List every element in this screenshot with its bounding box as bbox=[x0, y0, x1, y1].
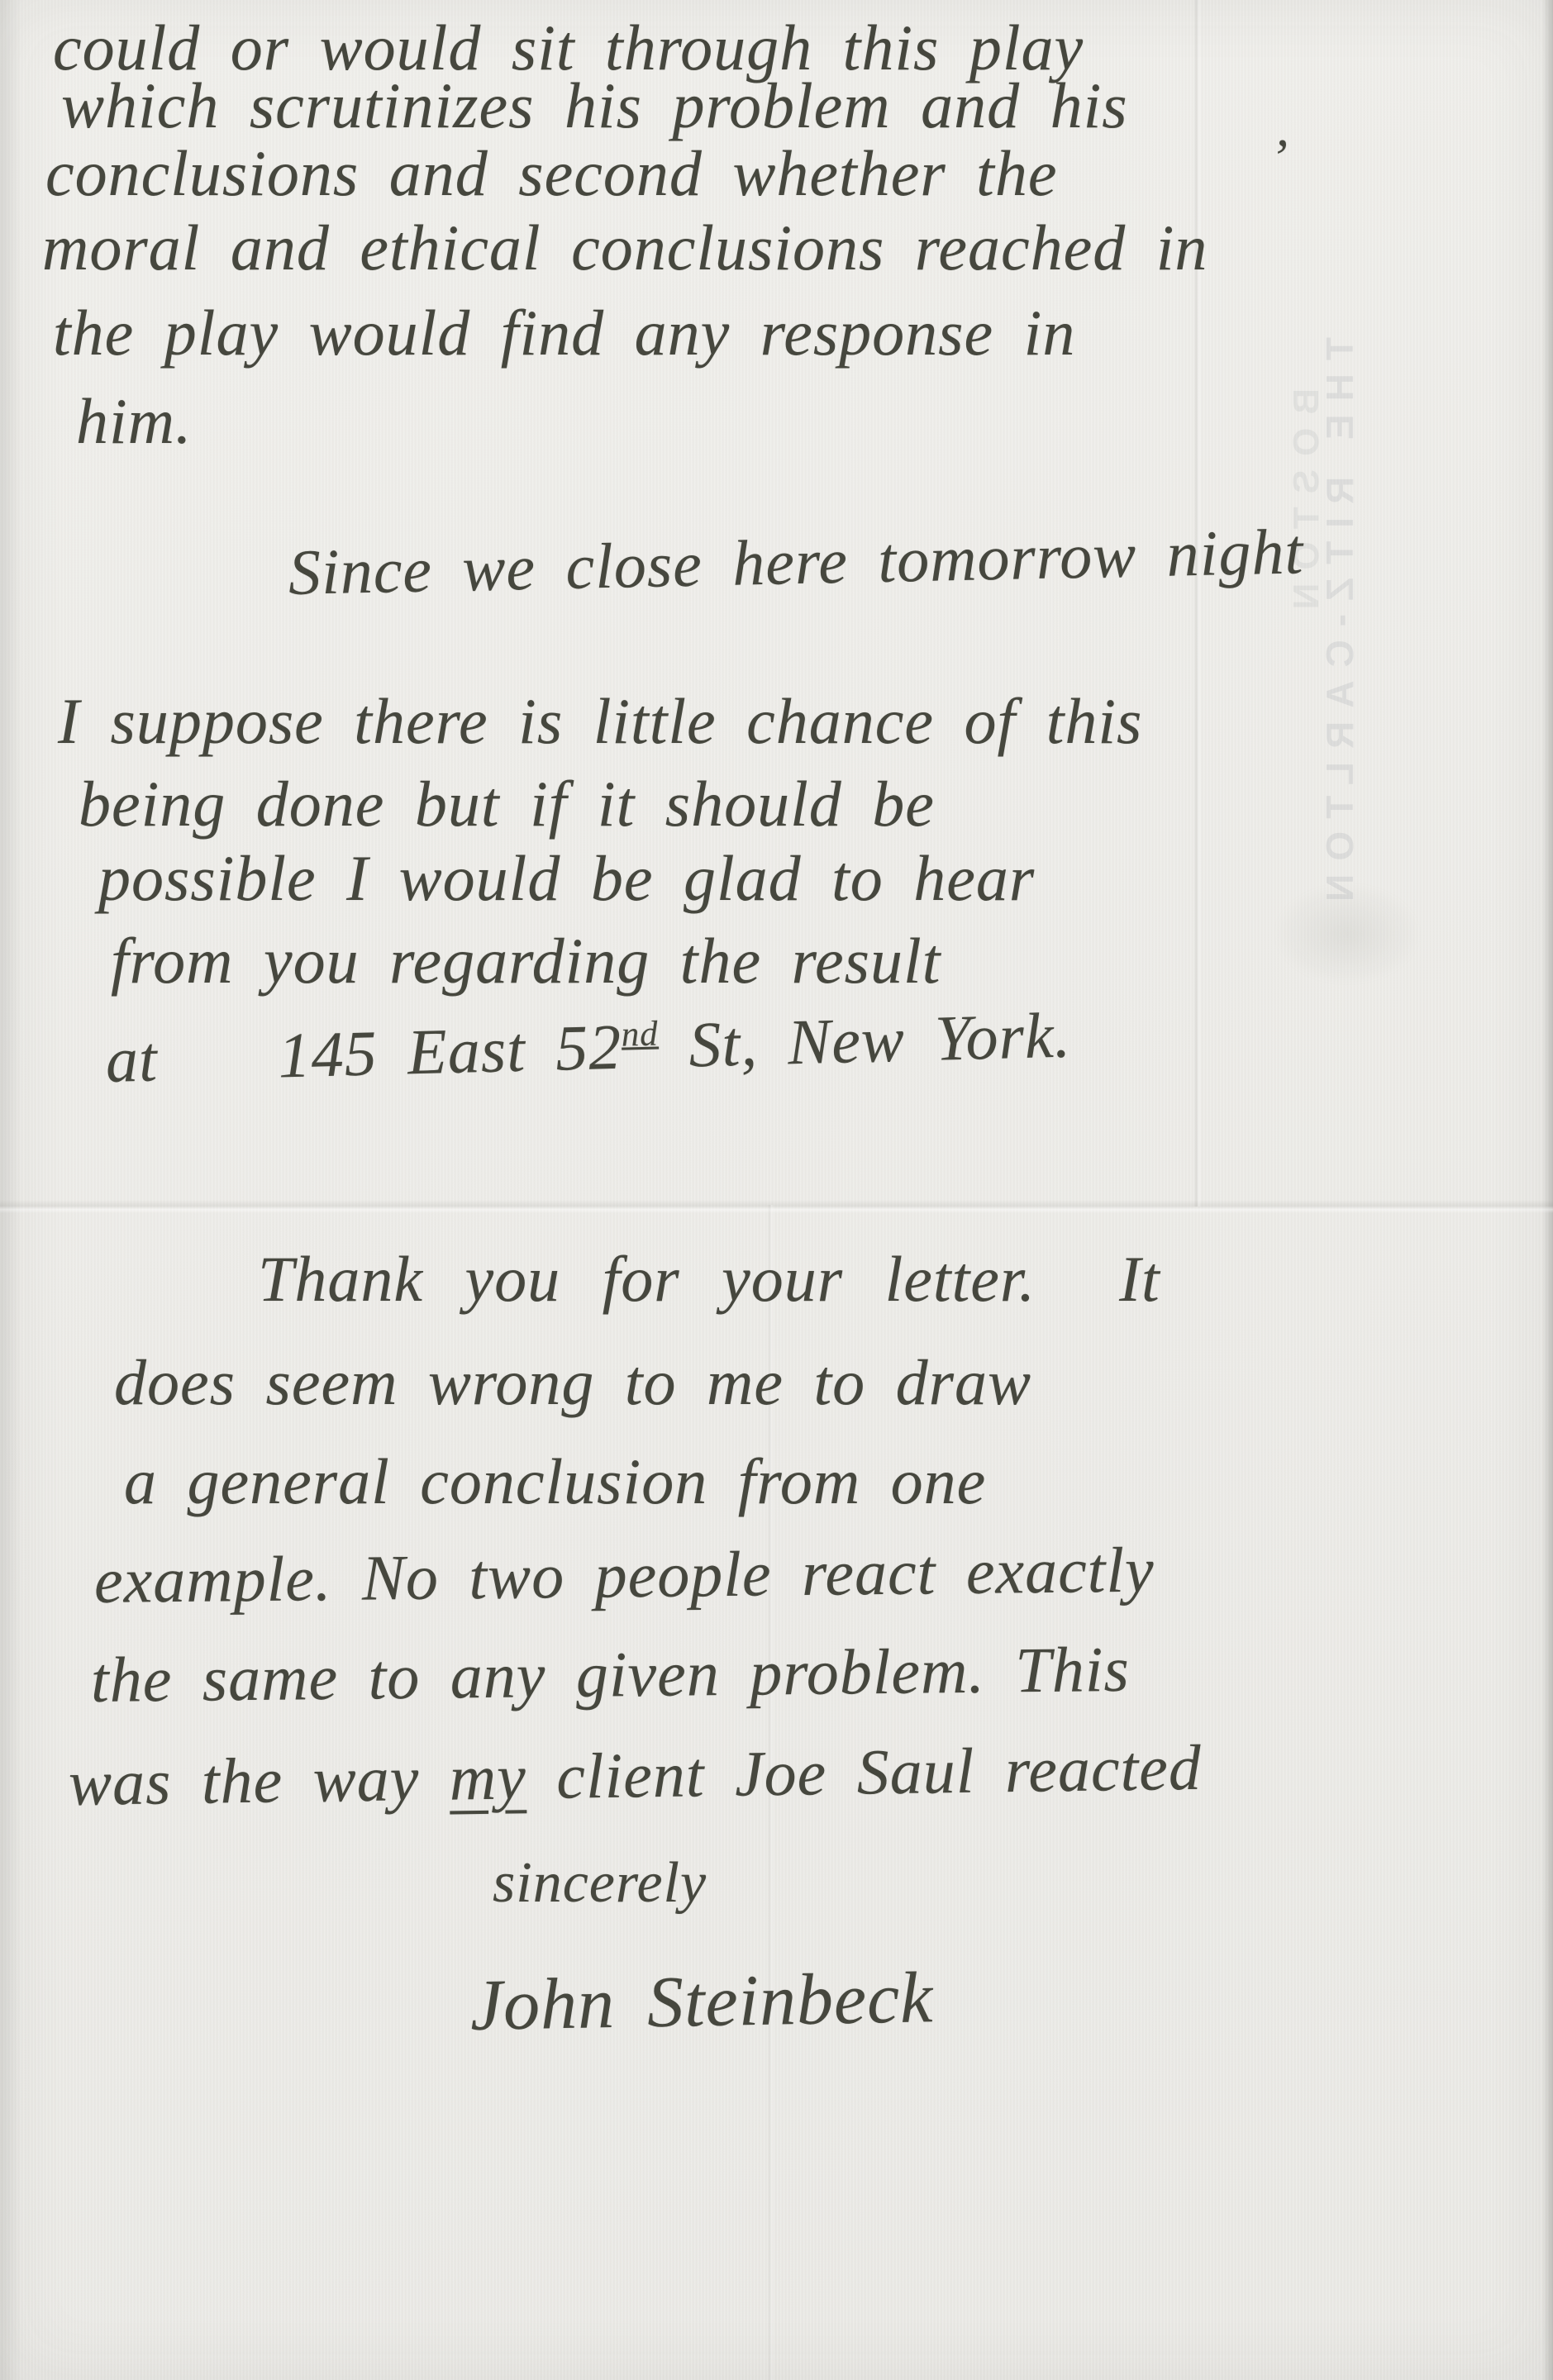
handwritten-line-18: was the way my client Joe Saul reacted bbox=[68, 1732, 1202, 1819]
bleed-through-letterhead-city: BOSTON bbox=[1286, 388, 1327, 622]
line-18-before: was the way bbox=[68, 1742, 450, 1819]
handwritten-line-16: example. No two people react exactly bbox=[94, 1535, 1155, 1616]
handwritten-line-17: the same to any given problem. This bbox=[91, 1634, 1131, 1716]
paper-right-edge-shadow bbox=[1542, 0, 1553, 2380]
handwritten-line-5: the play would find any response in bbox=[53, 297, 1075, 369]
underlined-word-my: my bbox=[449, 1740, 526, 1813]
handwritten-line-4: moral and ethical conclusions reached in bbox=[42, 212, 1208, 283]
handwritten-line-13-paragraph-start: Thank you for your letter. It bbox=[258, 1244, 1160, 1315]
line-18-after: client Joe Saul reacted bbox=[526, 1731, 1202, 1812]
address-suffix: St, New York. bbox=[658, 998, 1072, 1081]
handwritten-line-11: from you regarding the result bbox=[111, 926, 941, 997]
handwritten-line-15: a general conclusion from one bbox=[124, 1446, 986, 1517]
bleed-through-letterhead-name: THE RITZ-CARLTON bbox=[1317, 337, 1362, 915]
handwritten-line-7-paragraph-start: Since we close here tomorrow night bbox=[288, 516, 1304, 607]
handwritten-line-14: does seem wrong to me to draw bbox=[114, 1347, 1031, 1418]
stray-ink-mark: , bbox=[1276, 99, 1290, 157]
address-prefix: at 145 East 52 bbox=[105, 1011, 622, 1096]
ordinal-superscript: nd bbox=[621, 1014, 659, 1054]
handwritten-line-12-address: at 145 East 52nd St, New York. bbox=[105, 999, 1072, 1095]
letter-page: THE RITZ-CARLTON BOSTON could or would s… bbox=[0, 0, 1553, 2380]
valediction: sincerely bbox=[493, 1851, 707, 1915]
signature: John Steinbeck bbox=[469, 1959, 934, 2047]
handwritten-line-10: possible I would be glad to hear bbox=[98, 843, 1035, 914]
horizontal-fold-crease bbox=[0, 1200, 1553, 1213]
handwritten-line-3: conclusions and second whether the bbox=[45, 138, 1057, 209]
paper-left-edge-shadow bbox=[0, 0, 21, 2380]
handwritten-line-6: him. bbox=[76, 386, 193, 457]
handwritten-line-2: which scrutinizes his problem and his bbox=[61, 70, 1128, 141]
handwritten-line-9: being done but if it should be bbox=[79, 769, 935, 840]
vertical-fold-crease-top bbox=[1193, 0, 1201, 1207]
bleed-through-crest-smudge bbox=[1273, 883, 1422, 985]
handwritten-line-8: I suppose there is little chance of this bbox=[58, 686, 1142, 757]
